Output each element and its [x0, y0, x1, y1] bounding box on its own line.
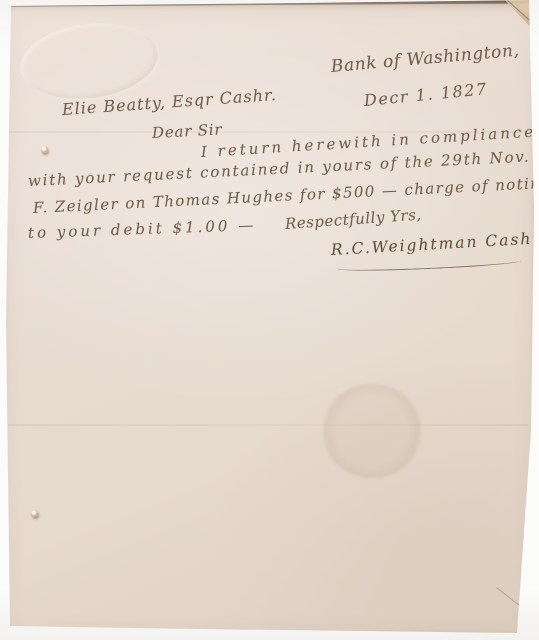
- embossed-stamp-impression: [16, 16, 162, 106]
- folded-corner: [500, 0, 533, 33]
- paper-top-edge: [9, 0, 531, 6]
- salutation: Dear Sir: [152, 120, 223, 142]
- dateline-place: Bank of Washington,: [330, 41, 520, 77]
- fold-line: [8, 424, 528, 426]
- letter-paper: Bank of Washington, Decr 1. 1827 Elie Be…: [0, 0, 539, 640]
- body-line-4: to your debit $1.00 —: [28, 216, 257, 242]
- dateline-date: Decr 1. 1827: [363, 79, 489, 110]
- letter-photo: Bank of Washington, Decr 1. 1827 Elie Be…: [0, 0, 539, 640]
- bottom-right-crease: [496, 587, 530, 614]
- pinhole: [31, 510, 38, 517]
- faint-seal-impression: [320, 384, 424, 478]
- pinhole: [41, 146, 48, 153]
- closing: Respectfully Yrs,: [284, 205, 422, 233]
